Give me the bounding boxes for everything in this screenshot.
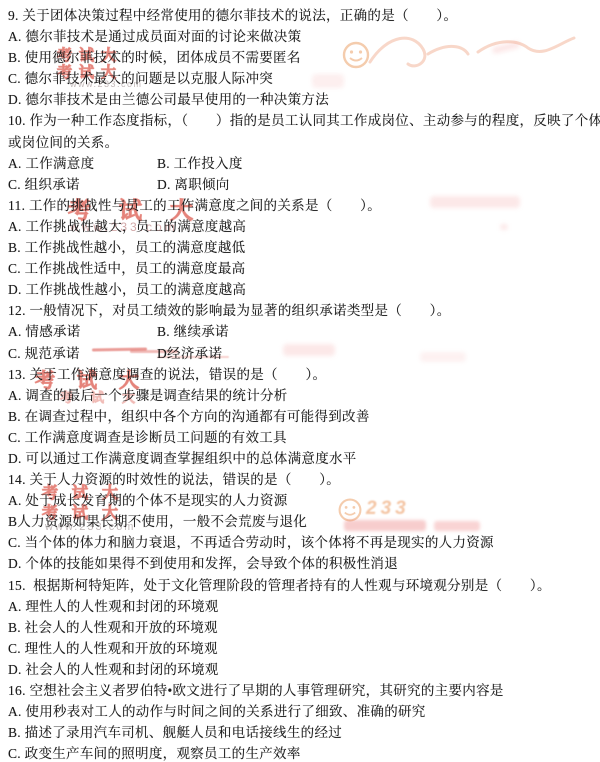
text-line: D. 德尔菲技术是由兰德公司最早使用的一种决策方法 <box>0 89 600 110</box>
text-line: C. 理性人的人性观和开放的环境观 <box>0 638 600 659</box>
text-line: 15. 根据斯柯特矩阵，处于文化管理阶段的管理者持有的人性观与环境观分别是（ ）… <box>0 575 600 596</box>
text-line: C. 工作满意度调查是诊断员工问题的有效工具 <box>0 427 600 448</box>
text-segment: 10. 作为一种工作态度指标，（ ）指的是员工认同其工作成岗位、主动参与的程度，… <box>8 110 600 131</box>
text-segment: B. 描述了录用汽车司机、舰艇人员和电话接线生的经过 <box>8 722 342 743</box>
text-segment: 或岗位间的关系。 <box>8 132 118 153</box>
text-line: B. 工作挑战性越小，员工的满意度越低 <box>0 237 600 258</box>
text-segment: D经济承诺 <box>157 343 222 364</box>
text-segment: D. 个体的技能如果得不到使用和发挥，会导致个体的积极性消退 <box>8 553 398 574</box>
text-line: A. 处于成长发育期的个体不是现实的人力资源 <box>0 490 600 511</box>
text-segment: B人力资源如果长期不使用，一般不会荒废与退化 <box>8 511 307 532</box>
text-segment: B. 工作挑战性越小，员工的满意度越低 <box>8 237 245 258</box>
text-segment: B. 在调查过程中，组织中各个方向的沟通都有可能得到改善 <box>8 406 370 427</box>
text-segment: C. 政变生产车间的照明度，观察员工的生产效率 <box>8 743 301 762</box>
text-line: C. 组织承诺D. 离职倾向 <box>0 174 600 195</box>
text-line: 10. 作为一种工作态度指标，（ ）指的是员工认同其工作成岗位、主动参与的程度，… <box>0 110 600 131</box>
text-line: A. 理性人的人性观和封闭的环境观 <box>0 596 600 617</box>
text-segment: A. 处于成长发育期的个体不是现实的人力资源 <box>8 490 288 511</box>
text-segment: 15. 根据斯柯特矩阵，处于文化管理阶段的管理者持有的人性观与环境观分别是（ ）… <box>8 575 551 596</box>
text-line: D. 可以通过工作满意度调查掌握组织中的总体满意度水平 <box>0 448 600 469</box>
text-line: A. 使用秒表对工人的动作与时间之间的关系进行了细致、准确的研究 <box>0 701 600 722</box>
text-line: 12. 一般情况下，对员工绩效的影响最为显著的组织承诺类型是（ ）。 <box>0 300 600 321</box>
text-segment: A. 工作挑战性越大，员工的满意度越高 <box>8 216 246 237</box>
text-line: A. 情感承诺B. 继续承诺 <box>0 321 600 342</box>
text-segment: C. 工作挑战性适中，员工的满意度最高 <box>8 258 245 279</box>
text-line: A. 德尔菲技术是通过成员面对面的讨论来做决策 <box>0 26 600 47</box>
text-segment: A. 德尔菲技术是通过成员面对面的讨论来做决策 <box>8 26 301 47</box>
text-segment: C. 工作满意度调查是诊断员工问题的有效工具 <box>8 427 287 448</box>
text-line: 或岗位间的关系。 <box>0 132 600 153</box>
text-segment: A. 工作满意度 <box>8 153 94 174</box>
text-line: D. 工作挑战性越小，员工的满意度越高 <box>0 279 600 300</box>
text-segment: C. 规范承诺 <box>8 343 80 364</box>
text-line: B. 社会人的人性观和开放的环境观 <box>0 617 600 638</box>
text-segment: B. 使用德尔菲技术的时候，团体成员不需要匿名 <box>8 47 301 68</box>
text-segment: B. 社会人的人性观和开放的环境观 <box>8 617 218 638</box>
text-segment: D. 社会人的人性观和封闭的环境观 <box>8 659 219 680</box>
text-segment: A. 调查的最后一个步骤是调查结果的统计分析 <box>8 385 288 406</box>
text-line: C. 德尔菲技术最大的问题是以克服人际冲突 <box>0 68 600 89</box>
text-segment: C. 德尔菲技术最大的问题是以克服人际冲突 <box>8 68 273 89</box>
text-segment: A. 情感承诺 <box>8 321 81 342</box>
text-segment: 13. 关于工作满意度调查的说法，错误的是（ ）。 <box>8 364 326 385</box>
text-segment: D. 德尔菲技术是由兰德公司最早使用的一种决策方法 <box>8 89 329 110</box>
text-segment: D. 离职倾向 <box>157 174 230 195</box>
text-line: 13. 关于工作满意度调查的说法，错误的是（ ）。 <box>0 364 600 385</box>
text-line: C. 当个体的体力和脑力衰退，不再适合劳动时，该个体将不再是现实的人力资源 <box>0 532 600 553</box>
text-line: B. 使用德尔菲技术的时候，团体成员不需要匿名 <box>0 47 600 68</box>
text-line: A. 调查的最后一个步骤是调查结果的统计分析 <box>0 385 600 406</box>
text-line: B. 在调查过程中，组织中各个方向的沟通都有可能得到改善 <box>0 406 600 427</box>
text-line: 16. 空想社会主义者罗伯特•欧文进行了早期的人事管理研究，其研究的主要内容是 <box>0 680 600 701</box>
text-segment: A. 使用秒表对工人的动作与时间之间的关系进行了细致、准确的研究 <box>8 701 426 722</box>
text-segment: C. 组织承诺 <box>8 174 80 195</box>
text-segment: C. 当个体的体力和脑力衰退，不再适合劳动时，该个体将不再是现实的人力资源 <box>8 532 494 553</box>
text-line: A. 工作挑战性越大，员工的满意度越高 <box>0 216 600 237</box>
text-line: D. 社会人的人性观和封闭的环境观 <box>0 659 600 680</box>
text-line: B. 描述了录用汽车司机、舰艇人员和电话接线生的经过 <box>0 722 600 743</box>
text-line: 11. 工作的挑战性与员工的工作满意度之间的关系是（ ）。 <box>0 195 600 216</box>
text-line: C. 政变生产车间的照明度，观察员工的生产效率 <box>0 743 600 762</box>
text-segment: D. 可以通过工作满意度调查掌握组织中的总体满意度水平 <box>8 448 357 469</box>
text-line: 9. 关于团体决策过程中经常使用的德尔菲技术的说法，正确的是（ ）。 <box>0 5 600 26</box>
text-line: C. 工作挑战性适中，员工的满意度最高 <box>0 258 600 279</box>
text-segment: 9. 关于团体决策过程中经常使用的德尔菲技术的说法，正确的是（ ）。 <box>8 5 457 26</box>
text-line: B人力资源如果长期不使用，一般不会荒废与退化 <box>0 511 600 532</box>
text-segment: 14. 关于人力资源的时效性的说法，错误的是（ ）。 <box>8 469 340 490</box>
text-segment: 16. 空想社会主义者罗伯特•欧文进行了早期的人事管理研究，其研究的主要内容是 <box>8 680 504 701</box>
text-segment: A. 理性人的人性观和封闭的环境观 <box>8 596 219 617</box>
text-line: A. 工作满意度B. 工作投入度 <box>0 153 600 174</box>
text-segment: 12. 一般情况下，对员工绩效的影响最为显著的组织承诺类型是（ ）。 <box>8 300 451 321</box>
text-segment: B. 工作投入度 <box>157 153 243 174</box>
text-line: D. 个体的技能如果得不到使用和发挥，会导致个体的积极性消退 <box>0 553 600 574</box>
text-segment: D. 工作挑战性越小，员工的满意度越高 <box>8 279 246 300</box>
text-line: 14. 关于人力资源的时效性的说法，错误的是（ ）。 <box>0 469 600 490</box>
text-line: C. 规范承诺D经济承诺 <box>0 343 600 364</box>
text-segment: B. 继续承诺 <box>157 321 229 342</box>
document-lines: 9. 关于团体决策过程中经常使用的德尔菲技术的说法，正确的是（ ）。A. 德尔菲… <box>0 5 600 762</box>
text-segment: C. 理性人的人性观和开放的环境观 <box>8 638 218 659</box>
text-segment: 11. 工作的挑战性与员工的工作满意度之间的关系是（ ）。 <box>8 195 381 216</box>
document-page: 9. 关于团体决策过程中经常使用的德尔菲技术的说法，正确的是（ ）。A. 德尔菲… <box>0 0 600 762</box>
